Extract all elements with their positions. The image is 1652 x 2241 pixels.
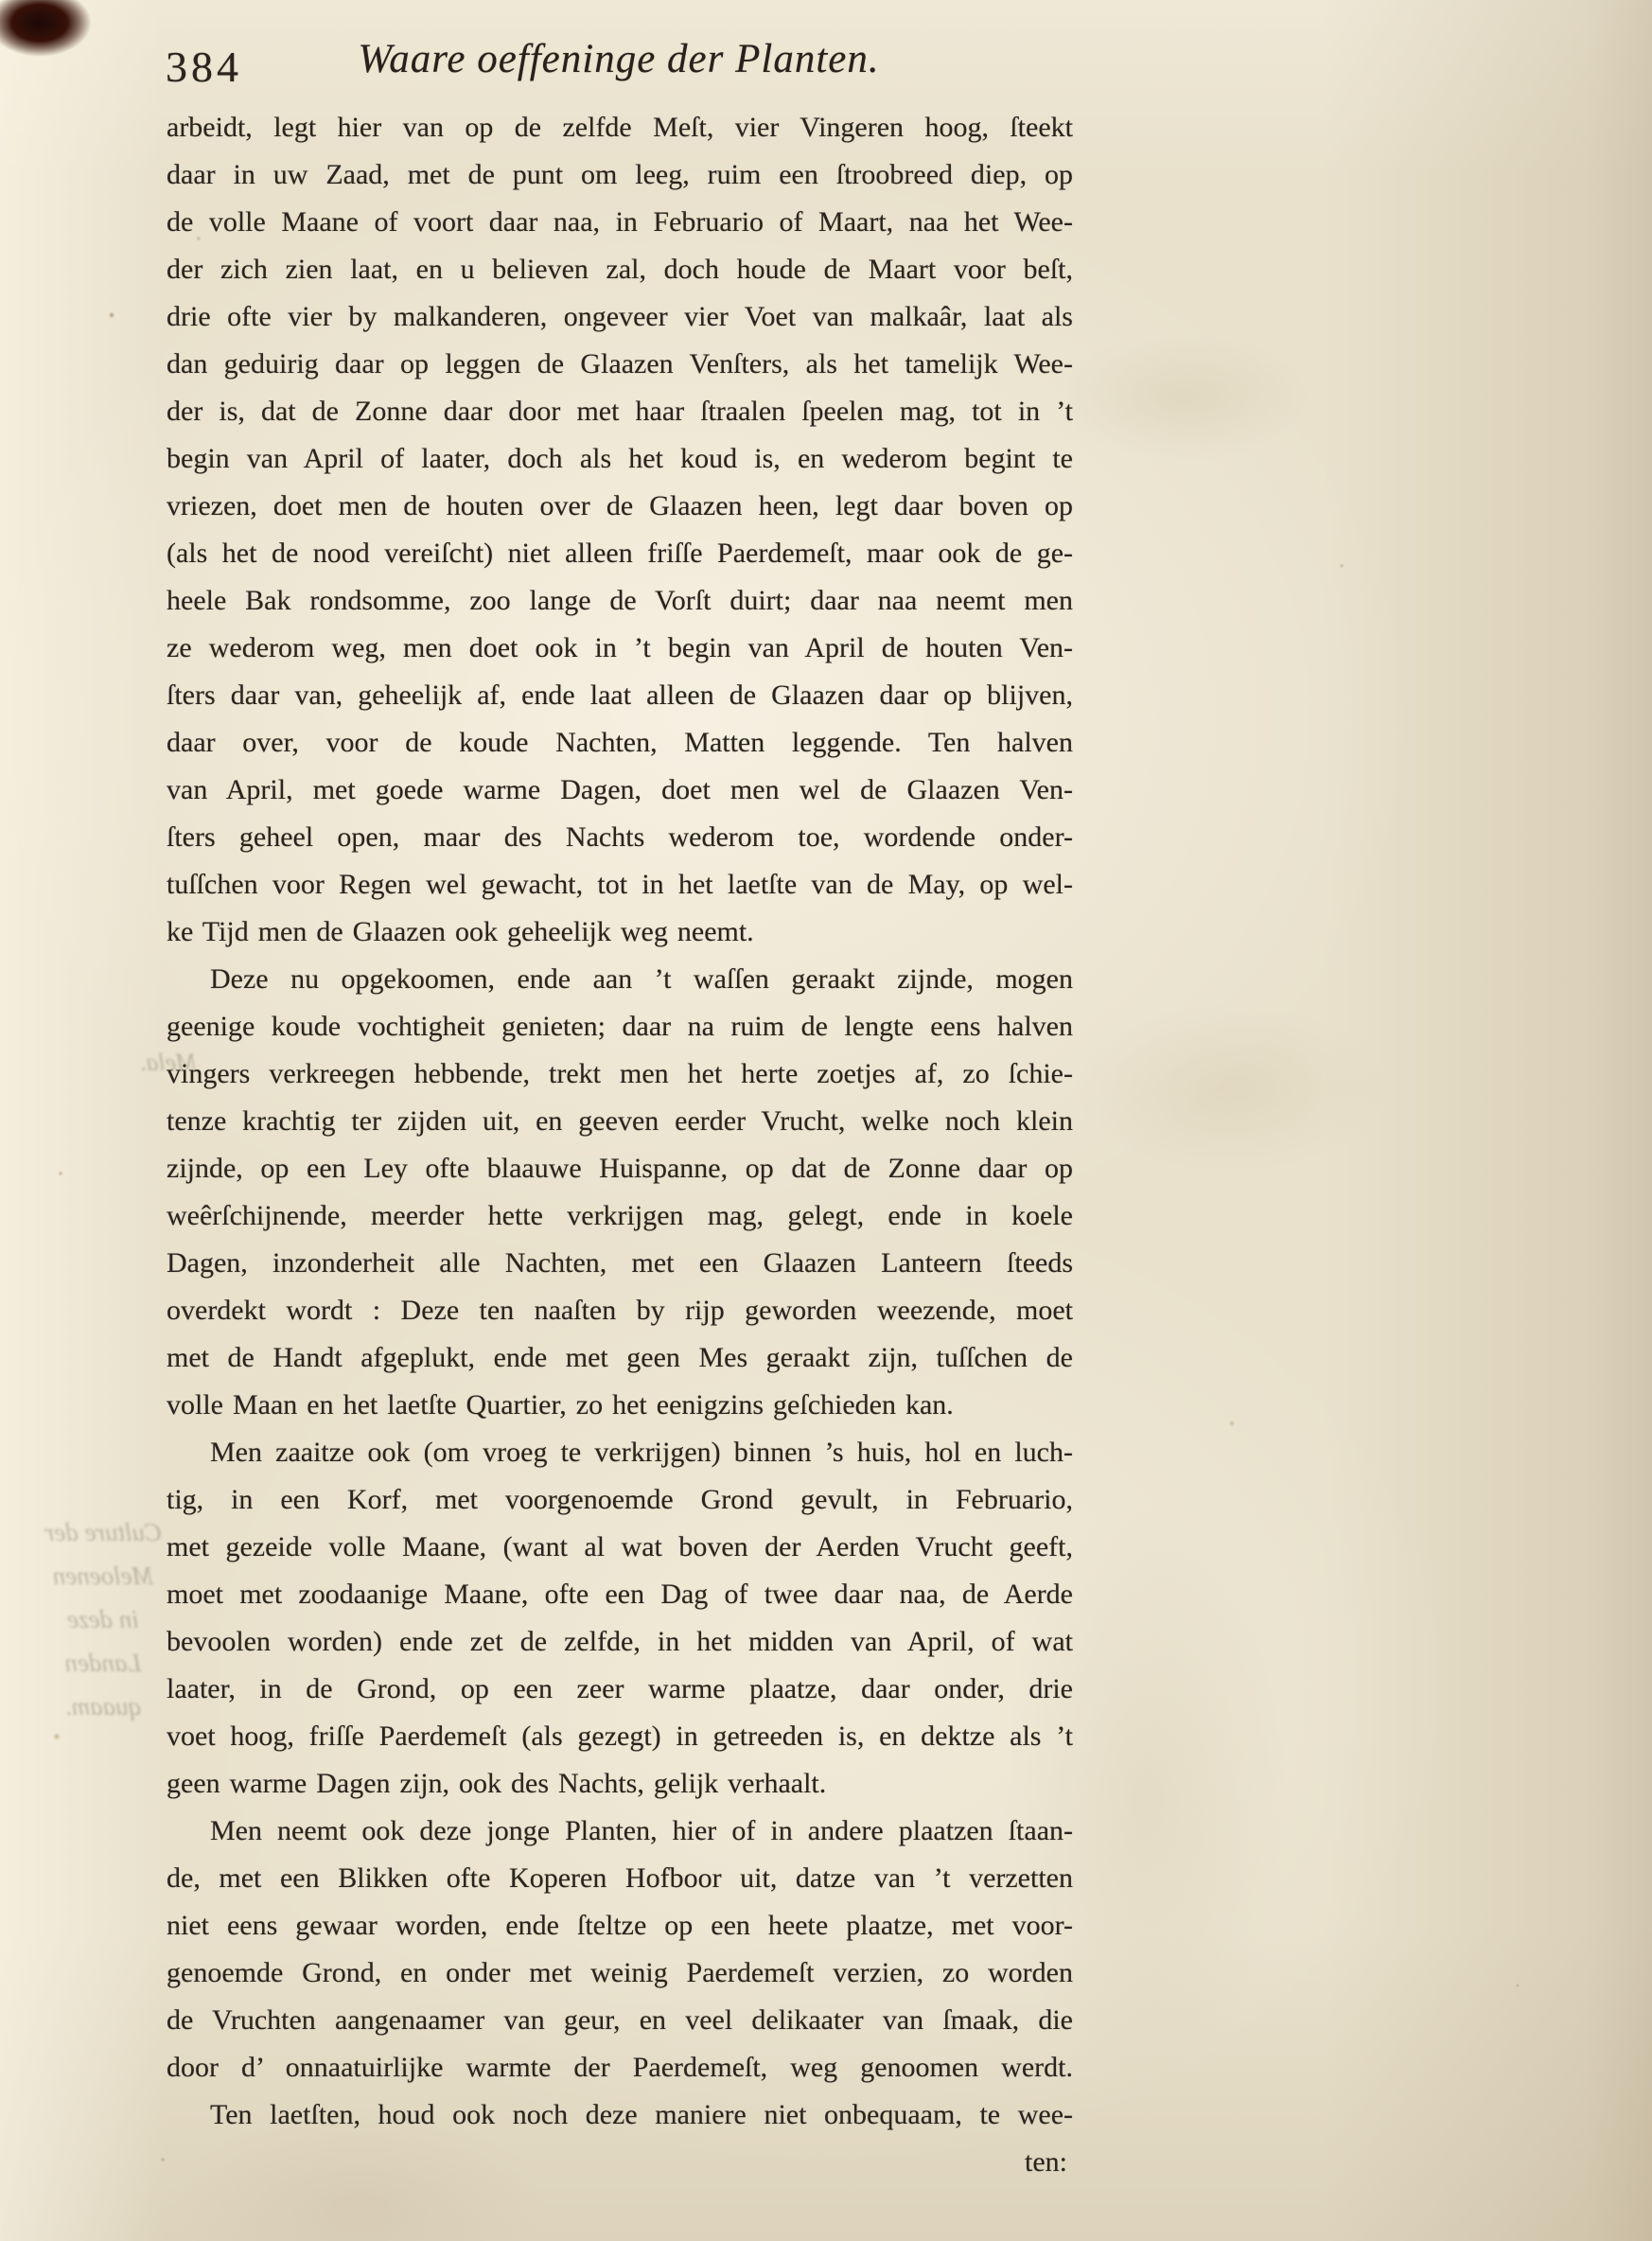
text-line: geen warme Dagen zijn, ook des Nachts, g… bbox=[167, 1760, 1073, 1808]
text-line: zijnde, op een Ley ofte blaauwe Huispann… bbox=[167, 1145, 1073, 1192]
text-line: ze wederom weg, men doet ook in ’t begin… bbox=[167, 625, 1073, 672]
text-line: ſters daar van, geheelijk af, ende laat … bbox=[167, 672, 1073, 719]
text-line: met gezeide volle Maane, (want al wat bo… bbox=[167, 1524, 1073, 1571]
text-line: niet eens gewaar worden, ende ſteltze op… bbox=[167, 1902, 1073, 1950]
text-line: daar in uw Zaad, met de punt om leeg, ru… bbox=[167, 151, 1073, 199]
text-line: van April, met goede warme Dagen, doet m… bbox=[167, 767, 1073, 814]
text-line: dan geduirig daar op leggen de Glaazen V… bbox=[167, 341, 1073, 388]
text-line: begin van April of laater, doch als het … bbox=[167, 435, 1073, 483]
margin-ghost-note: Mela. bbox=[140, 1049, 197, 1077]
text-line: drie ofte vier by malkanderen, ongeveer … bbox=[167, 293, 1073, 341]
text-line: moet met zoodaanige Maane, ofte een Dag … bbox=[167, 1571, 1073, 1618]
text-line: Men zaaitze ook (om vroeg te verkrijgen)… bbox=[167, 1429, 1073, 1476]
text-line: weêrſchijnende, meerder hette verkrijgen… bbox=[167, 1192, 1073, 1240]
ghost-text-line: Landen bbox=[32, 1641, 174, 1685]
catchword: ten: bbox=[167, 2139, 1073, 2186]
ghost-text-line: Culture der bbox=[32, 1510, 174, 1554]
text-line: door d’ onnaatuirlijke warmte der Paerde… bbox=[167, 2044, 1073, 2091]
text-line: (als het de nood vereiſcht) niet alleen … bbox=[167, 530, 1073, 577]
ghost-text-line: in deze bbox=[32, 1597, 174, 1641]
text-line: voet hoog, friſſe Paerdemeſt (als gezegt… bbox=[167, 1713, 1073, 1760]
body-text: arbeidt, legt hier van op de zelfde Meſt… bbox=[167, 104, 1073, 2186]
text-line: ke Tijd men de Glaazen ook geheelijk weg… bbox=[167, 909, 1073, 956]
text-line: de Vruchten aangenaamer van geur, en vee… bbox=[167, 1997, 1073, 2044]
page-header: 384 Waare oeffeninge der Planten. bbox=[166, 36, 1072, 95]
text-line: tig, in een Korf, met voorgenoemde Grond… bbox=[167, 1476, 1073, 1524]
text-line: tuſſchen voor Regen wel gewacht, tot in … bbox=[167, 861, 1073, 909]
text-line: met de Handt afgeplukt, ende met geen Me… bbox=[167, 1334, 1073, 1382]
text-line: heele Bak rondsomme, zoo lange de Vorſt … bbox=[167, 577, 1073, 625]
text-line: Men neemt ook deze jonge Planten, hier o… bbox=[167, 1808, 1073, 1855]
text-line: volle Maan en het laetſte Quartier, zo h… bbox=[167, 1382, 1073, 1429]
text-line: de, met een Blikken ofte Koperen Hofboor… bbox=[167, 1855, 1073, 1902]
text-line: Deze nu opgekoomen, ende aan ’t waſſen g… bbox=[167, 956, 1073, 1003]
text-line: laater, in de Grond, op een zeer warme p… bbox=[167, 1666, 1073, 1713]
text-line: der zich zien laat, en u believen zal, d… bbox=[167, 246, 1073, 293]
text-line: vriezen, doet men de houten over de Glaa… bbox=[167, 483, 1073, 530]
text-line: bevoolen worden) ende zet de zelfde, in … bbox=[167, 1618, 1073, 1666]
ghost-text-line: Mela. bbox=[140, 1049, 197, 1077]
text-line: Ten laetſten, houd ook noch deze maniere… bbox=[167, 2091, 1073, 2139]
ghost-text-line: quaam. bbox=[32, 1685, 174, 1728]
text-line: overdekt wordt : Deze ten naaſten by rij… bbox=[167, 1287, 1073, 1334]
text-line: geenige koude vochtigheit genieten; daar… bbox=[167, 1003, 1073, 1050]
text-line: vingers verkreegen hebbende, trekt men h… bbox=[167, 1050, 1073, 1098]
book-page: 384 Waare oeffeninge der Planten. arbeid… bbox=[0, 0, 1652, 2241]
ghost-text-line: Meloenen bbox=[32, 1554, 174, 1597]
text-line: genoemde Grond, en onder met weinig Paer… bbox=[167, 1950, 1073, 1997]
ink-stain bbox=[0, 0, 106, 66]
text-line: Dagen, inzonderheit alle Nachten, met ee… bbox=[167, 1240, 1073, 1287]
text-line: daar over, voor de koude Nachten, Matten… bbox=[167, 719, 1073, 767]
text-line: arbeidt, legt hier van op de zelfde Meſt… bbox=[167, 104, 1073, 151]
running-title: Waare oeffeninge der Planten. bbox=[166, 36, 1072, 82]
text-line: der is, dat de Zonne daar door met haar … bbox=[167, 388, 1073, 435]
text-line: de volle Maane of voort daar naa, in Feb… bbox=[167, 199, 1073, 246]
margin-ghost-note: Culture derMeloenenin dezeLandenquaam. bbox=[32, 1510, 174, 1728]
text-line: ſters geheel open, maar des Nachts weder… bbox=[167, 814, 1073, 861]
text-line: tenze krachtig ter zijden uit, en geeven… bbox=[167, 1098, 1073, 1145]
